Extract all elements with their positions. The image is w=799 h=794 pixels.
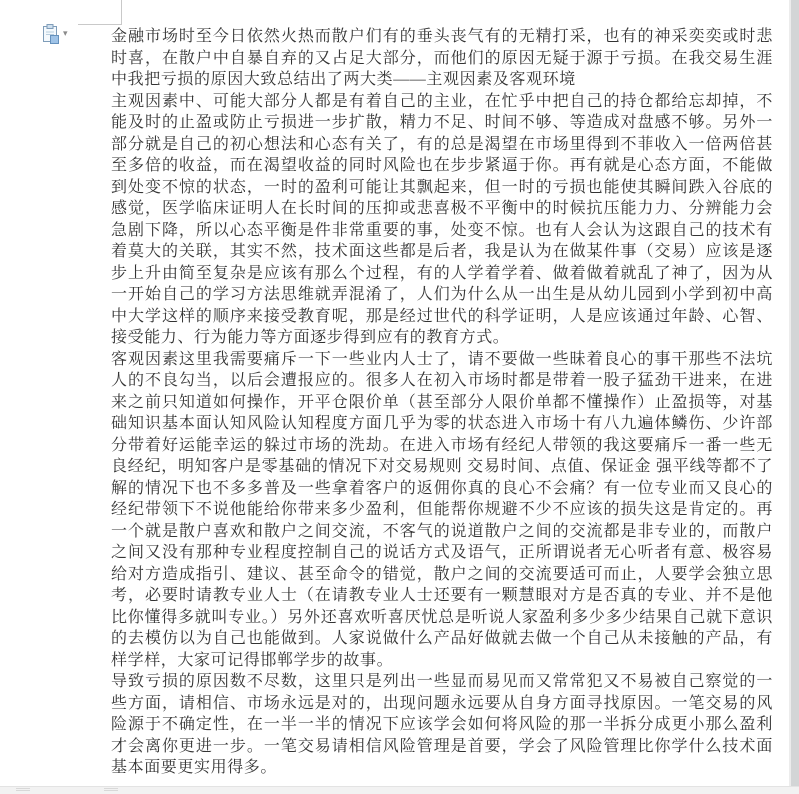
- grip-lines-icon: [16, 788, 30, 792]
- text-boundary-crop-mark: [78, 24, 122, 25]
- paste-options-button[interactable]: ▾: [42, 22, 78, 46]
- horizontal-scrollbar[interactable]: [0, 786, 799, 794]
- vertical-scrollbar[interactable]: [789, 0, 799, 794]
- document-page[interactable]: ▾ 金融市场时至今日依然火热而散户们有的垂头丧气有的无精打采，也有的神采奕奕或时…: [0, 0, 791, 787]
- chevron-down-icon: ▾: [63, 30, 68, 39]
- grip-lines-icon: [104, 788, 118, 792]
- document-paragraph[interactable]: 导致亏损的原因数不尽数，这里只是列出一些显而易见而又常常犯又不易被自己察觉的一些…: [111, 671, 773, 779]
- text-boundary-crop-mark: [121, 0, 122, 25]
- document-paragraph[interactable]: 主观因素中、可能大部分人都是有着自己的主业，在忙乎中把自己的持仓都给忘却掉，不能…: [111, 91, 773, 349]
- clipboard-paste-icon: [42, 24, 60, 44]
- document-paragraph[interactable]: 客观因素这里我需要痛斥一下一些业内人士了，请不要做一些昧着良心的事干那些不法坑人…: [111, 349, 773, 672]
- document-paragraph[interactable]: 金融市场时至今日依然火热而散户们有的垂头丧气有的无精打采，也有的神采奕奕或时悲时…: [111, 26, 773, 91]
- document-text-area[interactable]: 金融市场时至今日依然火热而散户们有的垂头丧气有的无精打采，也有的神采奕奕或时悲时…: [111, 26, 773, 779]
